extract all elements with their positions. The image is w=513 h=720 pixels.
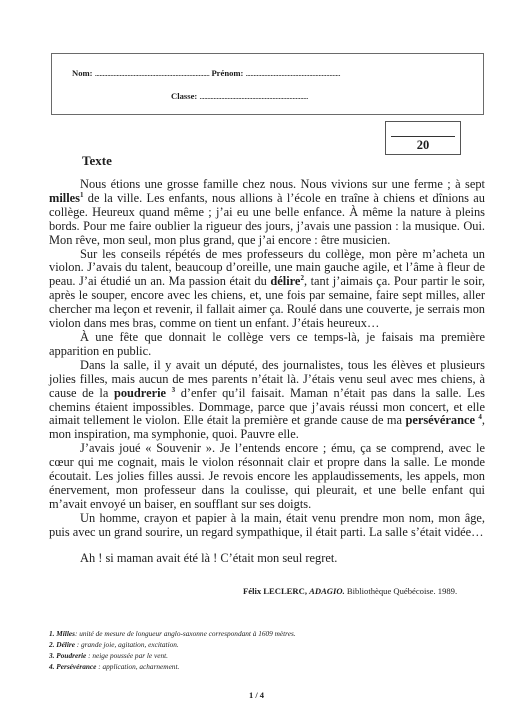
term-perseverance: persévérance <box>405 413 475 427</box>
footnotes: 1. Milles: unité de mesure de longueur a… <box>49 628 296 672</box>
class-row: Classe: ................................… <box>171 91 308 101</box>
term-delire: délire <box>270 274 300 288</box>
score-box: 20 <box>385 121 461 155</box>
section-title: Texte <box>82 153 112 169</box>
footnote-4: 4. Persévérance : application, acharneme… <box>49 661 296 672</box>
nom-label: Nom: <box>72 68 93 78</box>
term-poudrerie: poudrerie <box>114 386 166 400</box>
paragraph-5: J’avais joué « Souvenir ». Je l’entends … <box>49 442 485 512</box>
text-run: de la ville. Les enfants, nous allions à… <box>49 191 485 247</box>
footnote-term: 3. Poudrerie <box>49 651 86 660</box>
source-citation: Félix LECLERC, ADAGIO. Bibliothèque Québ… <box>243 586 457 596</box>
paragraph-6: Un homme, crayon et papier à la main, ét… <box>49 512 485 540</box>
classe-field[interactable]: ........................................… <box>199 91 307 101</box>
paragraph-3: À une fête que donnait le collège vers c… <box>49 331 485 359</box>
footnote-term: 2. Délire <box>49 640 75 649</box>
footnote-3: 3. Poudrerie : neige poussée par le vent… <box>49 650 296 661</box>
closing-line: Ah ! si maman avait été là ! C’était mon… <box>80 551 337 566</box>
name-row: Nom: ...................................… <box>72 68 340 78</box>
nom-field[interactable]: ........................................… <box>95 68 210 78</box>
paragraph-2: Sur les conseils répétés de mes professe… <box>49 248 485 331</box>
student-info-box: Nom: ...................................… <box>51 53 484 115</box>
prenom-field[interactable]: ........................................… <box>246 68 340 78</box>
paragraph-1: Nous étions une grosse famille chez nous… <box>49 178 485 248</box>
score-denominator: 20 <box>386 138 460 153</box>
footnote-def: : grande joie, agitation, excitation. <box>75 640 179 649</box>
text-body: Nous étions une grosse famille chez nous… <box>49 178 485 540</box>
text-run: Nous étions une grosse famille chez nous… <box>80 177 485 191</box>
classe-label: Classe: <box>171 91 197 101</box>
page-number: 1 / 4 <box>0 690 513 700</box>
citation-author: Félix LECLERC, <box>243 586 307 596</box>
footnote-2: 2. Délire : grande joie, agitation, exci… <box>49 639 296 650</box>
footnote-def: : unité de mesure de longueur anglo-saxo… <box>75 629 296 638</box>
paragraph-4: Dans la salle, il y avait un député, des… <box>49 359 485 442</box>
footnote-term: 4. Persévérance <box>49 662 96 671</box>
citation-publisher: Bibliothèque Québécoise. 1989. <box>345 586 457 596</box>
score-blank-line[interactable] <box>391 136 455 137</box>
footnote-term: 1. Milles <box>49 629 75 638</box>
footnote-def: : neige poussée par le vent. <box>86 651 168 660</box>
citation-book: ADAGIO. <box>309 586 345 596</box>
prenom-label: Prénom: <box>211 68 243 78</box>
footnote-def: : application, acharnement. <box>96 662 179 671</box>
term-milles: milles <box>49 191 80 205</box>
footnote-1: 1. Milles: unité de mesure de longueur a… <box>49 628 296 639</box>
